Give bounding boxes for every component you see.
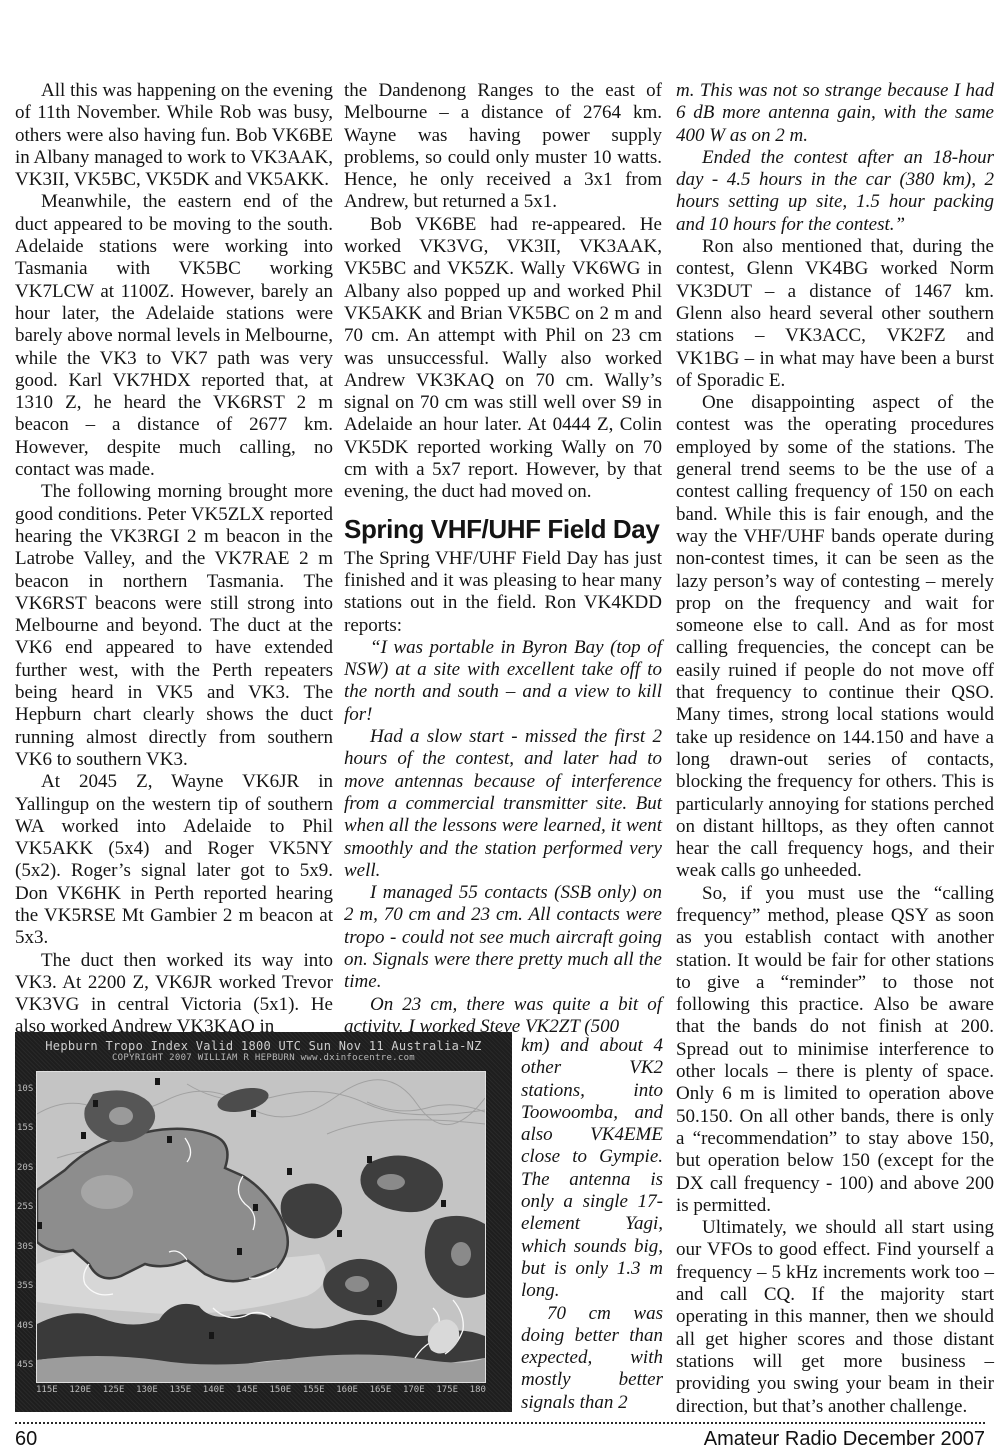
latitude-label: 10S (17, 1084, 35, 1094)
paragraph: m. This was not so strange because I had… (676, 80, 994, 147)
longitude-label: 120E (69, 1385, 91, 1395)
paragraph: All this was happening on the evening of… (15, 80, 333, 191)
longitude-label: 160E (336, 1385, 358, 1395)
latitude-label: 20S (17, 1163, 35, 1173)
longitude-label: 140E (203, 1385, 225, 1395)
article-column-3: m. This was not so strange because I had… (676, 80, 994, 1418)
paragraph: Ron also mentioned that, during the cont… (676, 236, 994, 392)
article-column-1: All this was happening on the evening of… (15, 80, 333, 1039)
map-canvas (36, 1071, 486, 1383)
latitude-label: 35S (17, 1281, 35, 1291)
longitude-label: 130E (136, 1385, 158, 1395)
paragraph: the Dandenong Ranges to the east of Melb… (344, 80, 662, 214)
map-copyright: COPYRIGHT 2007 WILLIAM R HEPBURN www.dxi… (15, 1053, 512, 1064)
journal-issue: Amateur Radio December 2007 (704, 1428, 985, 1451)
longitude-label: 180 (470, 1385, 486, 1395)
paragraph: The Spring VHF/UHF Field Day has just fi… (344, 548, 662, 637)
paragraph: 70 cm was doing better than expected, wi… (521, 1303, 663, 1414)
section-heading: Spring VHF/UHF Field Day (344, 514, 662, 544)
column-2-bottom-paragraphs: The Spring VHF/UHF Field Day has just fi… (344, 548, 662, 1039)
paragraph: The following morning brought more good … (15, 481, 333, 771)
paragraph: “I was portable in Byron Bay (top of NSW… (344, 637, 662, 726)
latitude-label: 45S (17, 1360, 35, 1370)
paragraph: Ended the contest after an 18-hour day -… (676, 147, 994, 236)
latitude-label: 30S (17, 1242, 35, 1252)
longitude-label: 150E (270, 1385, 292, 1395)
paragraph: One disappointing aspect of the contest … (676, 392, 994, 883)
latitude-label: 15S (17, 1123, 35, 1133)
longitude-label: 145E (236, 1385, 258, 1395)
article-column-2-wrap: km) and about 4 other VK2 stations, into… (521, 1035, 663, 1414)
paragraph: Bob VK6BE had re-appeared. He worked VK3… (344, 214, 662, 504)
article-column-2: the Dandenong Ranges to the east of Melb… (344, 80, 662, 1038)
tropo-map-figure: Hepburn Tropo Index Valid 1800 UTC Sun N… (15, 1032, 512, 1412)
map-graphic (37, 1072, 485, 1382)
longitude-label: 115E (36, 1385, 58, 1395)
longitude-label: 125E (103, 1385, 125, 1395)
longitude-label: 135E (169, 1385, 191, 1395)
latitude-label: 40S (17, 1321, 35, 1331)
map-latitude-axis: 10S15S20S25S30S35S40S45S (17, 1084, 35, 1370)
footer-divider (15, 1422, 985, 1424)
paragraph: So, if you must use the “calling frequen… (676, 883, 994, 1217)
paragraph: km) and about 4 other VK2 stations, into… (521, 1035, 663, 1303)
paragraph: Ultimately, we should all start using ou… (676, 1217, 994, 1418)
map-title: Hepburn Tropo Index Valid 1800 UTC Sun N… (15, 1039, 512, 1053)
paragraph: I managed 55 contacts (SSB only) on 2 m,… (344, 882, 662, 993)
longitude-label: 155E (303, 1385, 325, 1395)
longitude-label: 175E (436, 1385, 458, 1395)
page-number: 60 (15, 1428, 37, 1451)
longitude-label: 165E (370, 1385, 392, 1395)
column-2-top-paragraphs: the Dandenong Ranges to the east of Melb… (344, 80, 662, 504)
map-longitude-axis: 115E120E125E130E135E140E145E150E155E160E… (36, 1385, 486, 1395)
longitude-label: 170E (403, 1385, 425, 1395)
paragraph: At 2045 Z, Wayne VK6JR in Yallingup on t… (15, 771, 333, 949)
paragraph: Meanwhile, the eastern end of the duct a… (15, 191, 333, 481)
paragraph: Had a slow start - missed the first 2 ho… (344, 726, 662, 882)
magazine-page: { "col1": { "paragraphs": [ {"style":"in… (0, 0, 1000, 1453)
paragraph: The duct then worked its way into VK3. A… (15, 950, 333, 1039)
latitude-label: 25S (17, 1202, 35, 1212)
